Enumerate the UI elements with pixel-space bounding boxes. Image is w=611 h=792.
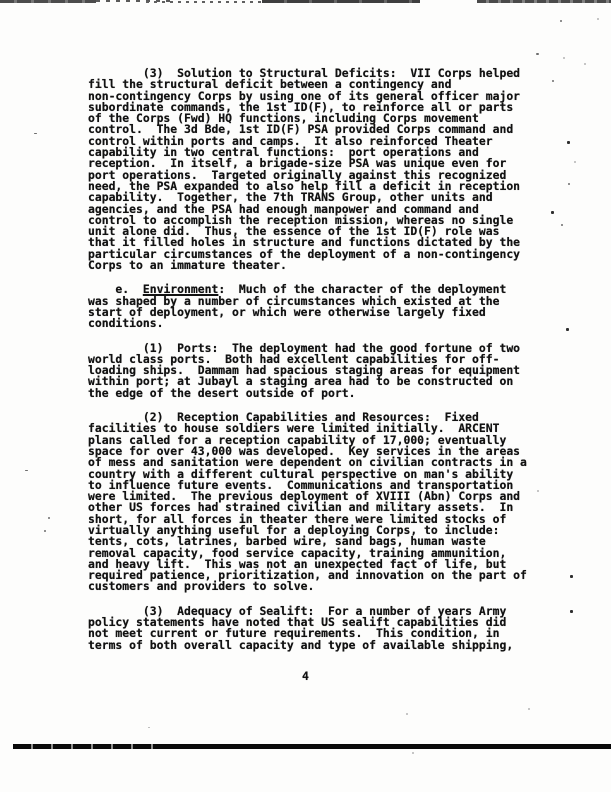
- scan-speck: [412, 752, 414, 754]
- scan-speck: [568, 183, 570, 185]
- scan-speck: [25, 470, 28, 471]
- scan-artifact-top-edge: [0, 0, 96, 3]
- scan-artifact-top-edge: [146, 1, 262, 3]
- paragraph-adequacy-of-sealift: (3) Adequacy of Sealift: For a number of…: [88, 606, 558, 651]
- scan-speck: [148, 727, 150, 728]
- scan-speck: [536, 53, 539, 55]
- scan-speck: [584, 63, 586, 65]
- scan-speck: [44, 530, 46, 532]
- scan-speck: [561, 224, 563, 226]
- page-number: 4: [0, 669, 611, 683]
- scan-speck: [570, 575, 573, 578]
- scan-speck: [34, 133, 37, 134]
- scan-artifact-bottom-line: [13, 744, 611, 749]
- scan-speck: [560, 20, 562, 22]
- scan-speck: [597, 18, 599, 20]
- scan-speck: [528, 708, 530, 710]
- scan-artifact-top-edge: [262, 0, 420, 3]
- scan-speck: [406, 713, 408, 715]
- scan-speck: [551, 211, 554, 214]
- scan-speck: [567, 141, 570, 144]
- paragraph-reception-capabilities-and-resources: (2) Reception Capabilities and Resources…: [88, 412, 558, 593]
- scan-speck: [570, 610, 573, 613]
- scan-speck: [537, 490, 539, 492]
- scan-speck: [566, 328, 569, 331]
- scan-speck: [552, 80, 554, 82]
- paragraph-ports: (1) Ports: The deployment had the good f…: [88, 343, 558, 399]
- scan-speck: [563, 57, 565, 59]
- document-body: (3) Solution to Structural Deficits: VII…: [88, 68, 558, 664]
- paragraph-solution-to-structural-deficits: (3) Solution to Structural Deficits: VII…: [88, 68, 558, 271]
- scan-speck: [574, 161, 576, 163]
- scanned-document-page: (3) Solution to Structural Deficits: VII…: [0, 0, 611, 792]
- paragraph-environment: e. Environment: Much of the character of…: [88, 284, 558, 329]
- scan-speck: [48, 517, 50, 519]
- scan-artifact-top-edge: [477, 0, 611, 3]
